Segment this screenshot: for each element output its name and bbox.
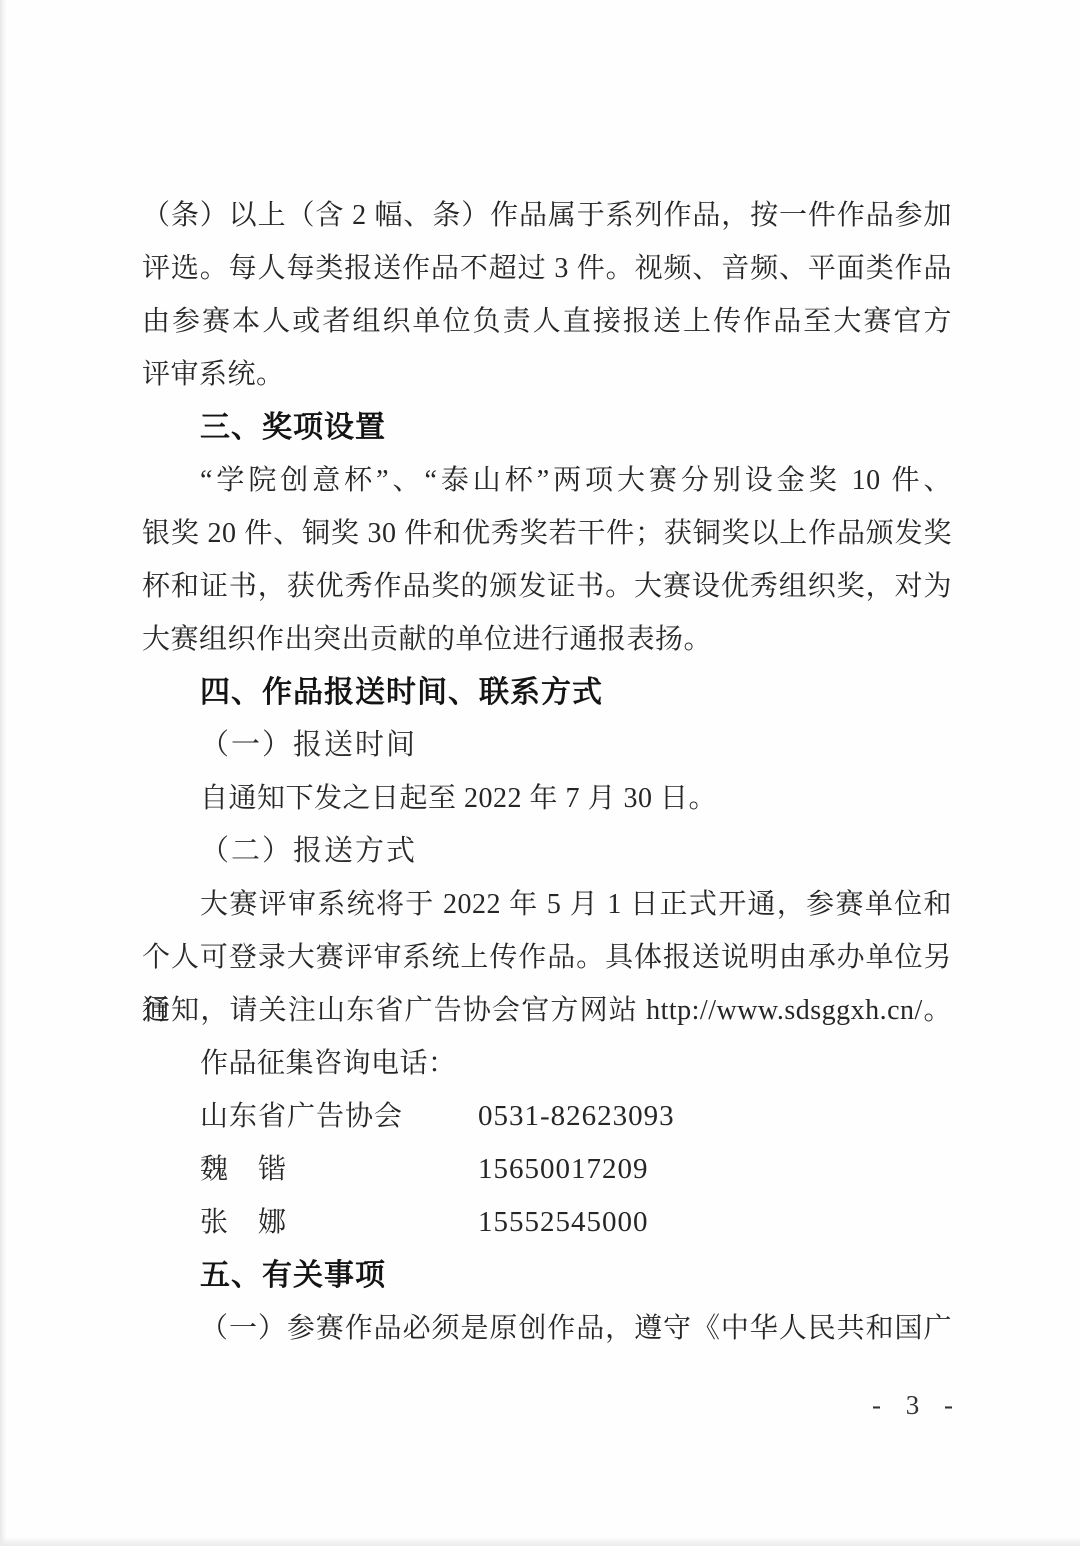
section-heading-awards: 三、奖项设置 [142,401,952,454]
contact-phone: 0531-82623093 [478,1090,675,1143]
paragraph-line: 由参赛本人或者组织单位负责人直接报送上传作品至大赛官方 [142,295,952,348]
section-heading-matters: 五、有关事项 [142,1249,952,1302]
scan-edge-left [0,0,7,1546]
scan-edge-bottom [0,1537,1080,1546]
paragraph-line: “学院创意杯”、“泰山杯”两项大赛分别设金奖 10 件、 [142,454,952,507]
document-body: （条）以上（含 2 幅、条）作品属于系列作品，按一件作品参加 评选。每人每类报送… [142,189,952,1355]
section-heading-submission: 四、作品报送时间、联系方式 [142,666,952,719]
paragraph-line: 自通知下发之日起至 2022 年 7 月 30 日。 [142,772,952,825]
paragraph-line: （条）以上（含 2 幅、条）作品属于系列作品，按一件作品参加 [142,189,952,242]
paragraph-line: （一）参赛作品必须是原创作品，遵守《中华人民共和国广 [142,1302,952,1355]
paragraph-line: 个人可登录大赛评审系统上传作品。具体报送说明由承办单位另行 [142,931,952,984]
contact-name: 魏 锴 [200,1143,478,1196]
paragraph-line: 大赛组织作出突出贡献的单位进行通报表扬。 [142,613,952,666]
paragraph-line: 银奖 20 件、铜奖 30 件和优秀奖若干件；获铜奖以上作品颁发奖 [142,507,952,560]
phone-label: 作品征集咨询电话： [142,1037,952,1090]
paragraph-line: 评审系统。 [142,348,952,401]
sub-heading-submission-time: （一）报送时间 [142,719,952,772]
paragraph-line-with-url: 通知，请关注山东省广告协会官方网站 http://www.sdsggxh.cn/… [142,984,952,1037]
sub-heading-submission-method: （二）报送方式 [142,825,952,878]
contact-phone: 15552545000 [478,1196,649,1249]
contact-phone: 15650017209 [478,1143,649,1196]
contact-row: 山东省广告协会 0531-82623093 [142,1090,952,1143]
contact-name: 山东省广告协会 [200,1090,478,1143]
contact-row: 张 娜 15552545000 [142,1196,952,1249]
paragraph-line: 评选。每人每类报送作品不超过 3 件。视频、音频、平面类作品 [142,242,952,295]
paragraph-line: 大赛评审系统将于 2022 年 5 月 1 日正式开通，参赛单位和 [142,878,952,931]
paragraph-line: 杯和证书，获优秀作品奖的颁发证书。大赛设优秀组织奖，对为 [142,560,952,613]
page-number: - 3 - [872,1385,962,1425]
contact-row: 魏 锴 15650017209 [142,1143,952,1196]
scanned-document-page: （条）以上（含 2 幅、条）作品属于系列作品，按一件作品参加 评选。每人每类报送… [0,0,1080,1546]
contact-name: 张 娜 [200,1196,478,1249]
